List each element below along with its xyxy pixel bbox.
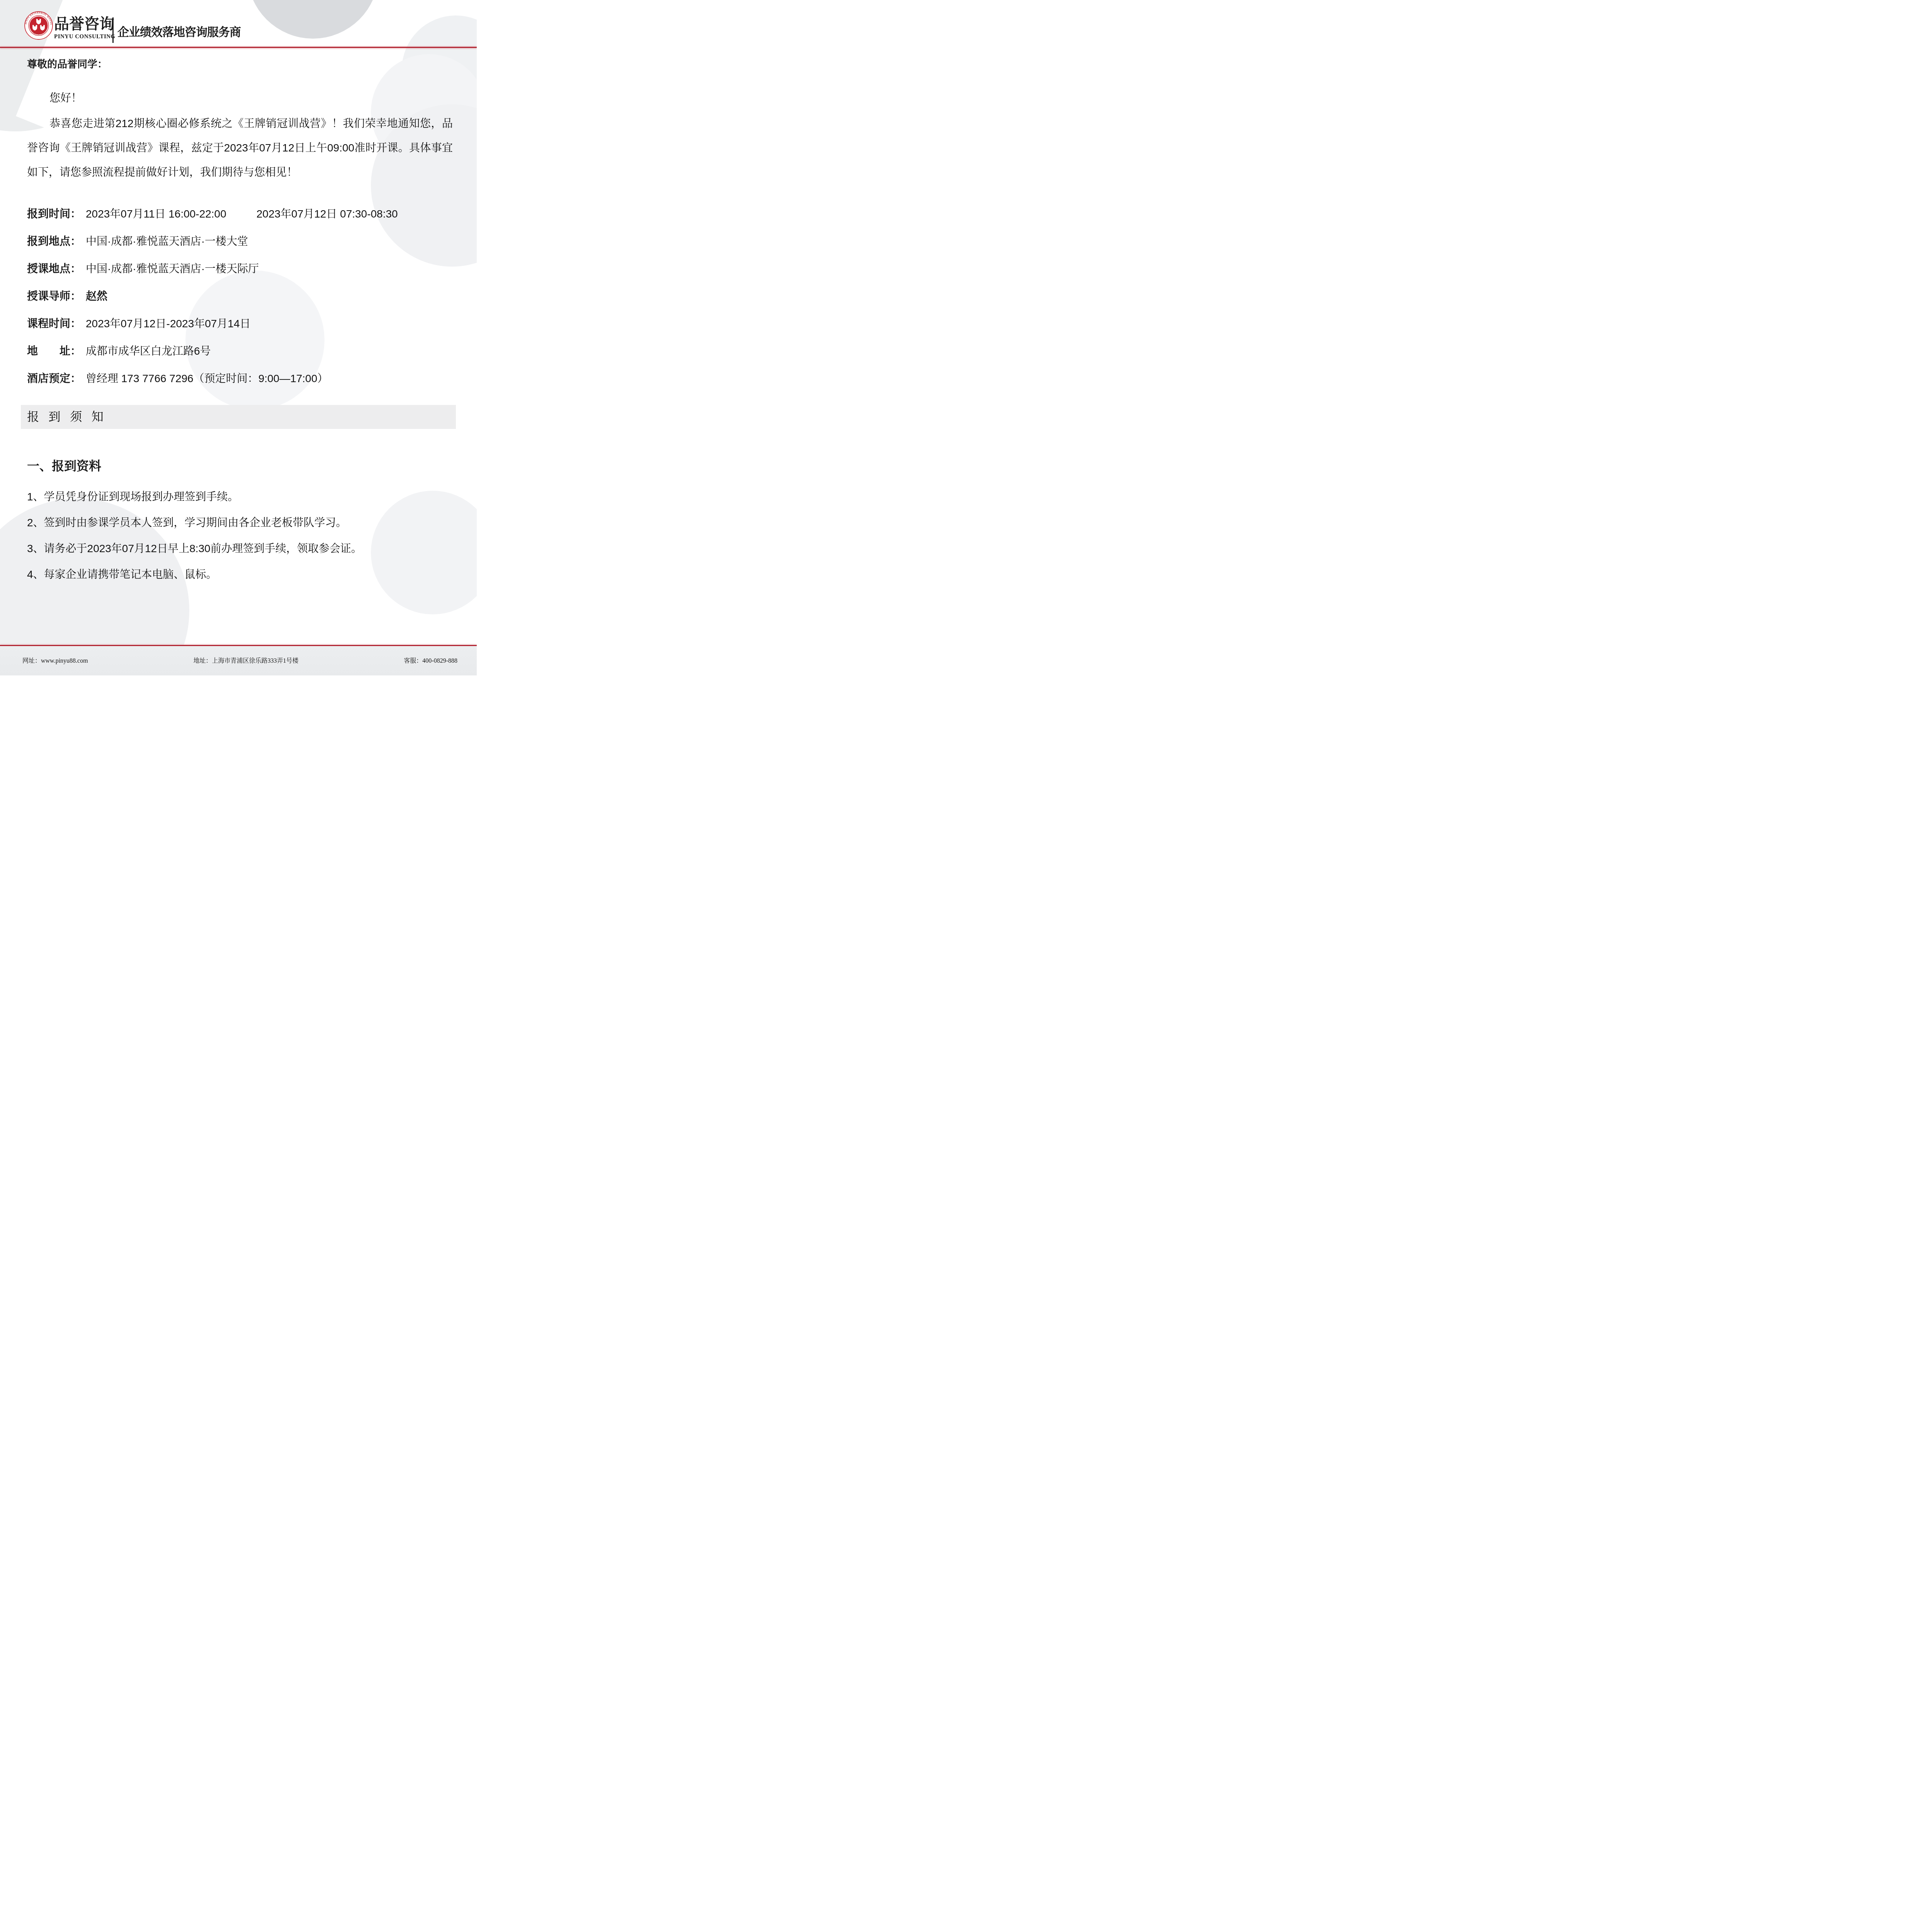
detail-label: 课程时间： [27, 318, 81, 330]
footer-website: 网址：www.pinyu88.com [22, 656, 88, 665]
detail-row-instructor: 授课导师：赵然 [27, 289, 456, 303]
brand-tagline: 企业绩效落地咨询服务商 [117, 22, 241, 39]
detail-row-class-place: 授课地点：中国·成都·雅悦蓝天酒店·一楼天际厅 [27, 262, 456, 276]
letterhead: PINYU ENTERPRISE MANAGEMENT 2014 品誉咨询 PI… [0, 0, 477, 48]
notice-item-4: 4、每家企业请携带笔记本电脑、鼠标。 [27, 567, 456, 582]
course-details: 报到时间：2023年07月11日 16:00-22:002023年07月12日 … [27, 207, 456, 399]
detail-value: 曾经理 173 7766 7296（预定时间：9:00—17:00） [86, 372, 328, 384]
notice-item-3: 3、请务必于2023年07月12日早上8:30前办理签到手续，领取参会证。 [27, 541, 456, 556]
pinyu-seal-logo: PINYU ENTERPRISE MANAGEMENT 2014 [24, 10, 53, 41]
notice-banner: 报 到 须 知 [21, 405, 456, 429]
greeting: 您好！ [27, 91, 82, 105]
intro-paragraph: 恭喜您走进第212期核心圈必修系统之《王牌销冠训战营》！我们荣幸地通知您，品誉咨… [27, 111, 453, 184]
footer-address: 地址：上海市青浦区徐乐路333弄1号楼 [193, 656, 298, 665]
detail-label: 地 址： [27, 345, 81, 357]
detail-row-address: 地 址：成都市成华区白龙江路6号 [27, 344, 456, 358]
notice-item-1: 1、学员凭身份证到现场报到办理签到手续。 [27, 489, 456, 505]
footer: 网址：www.pinyu88.com 地址：上海市青浦区徐乐路333弄1号楼 客… [0, 646, 477, 675]
detail-row-checkin-place: 报到地点：中国·成都·雅悦蓝天酒店·一楼大堂 [27, 235, 456, 248]
brand-name-cn: 品誉咨询 [54, 16, 116, 33]
page-content: PINYU ENTERPRISE MANAGEMENT 2014 品誉咨询 PI… [0, 0, 477, 675]
detail-value-2: 2023年07月12日 07:30-08:30 [257, 208, 398, 220]
footer-row: 网址：www.pinyu88.com 地址：上海市青浦区徐乐路333弄1号楼 客… [0, 646, 477, 665]
detail-row-course-time: 课程时间：2023年07月12日-2023年07月14日 [27, 317, 456, 331]
detail-value: 中国·成都·雅悦蓝天酒店·一楼大堂 [86, 235, 248, 247]
detail-label: 报到地点： [27, 235, 81, 247]
detail-value: 2023年07月11日 16:00-22:00 [86, 208, 226, 220]
detail-label: 报到时间： [27, 208, 81, 220]
detail-value: 2023年07月12日-2023年07月14日 [86, 318, 250, 330]
notice-list: 1、学员凭身份证到现场报到办理签到手续。 2、签到时由参课学员本人签到，学习期间… [27, 489, 456, 593]
notice-banner-title: 报 到 须 知 [21, 405, 456, 429]
detail-value: 成都市成华区白龙江路6号 [86, 345, 211, 357]
detail-label: 授课导师： [27, 290, 81, 302]
detail-row-hotel-booking: 酒店预定：曾经理 173 7766 7296（预定时间：9:00—17:00） [27, 372, 456, 386]
section-title-checkin-materials: 一、报到资料 [27, 458, 101, 474]
brand-block: 品誉咨询 PINYU CONSULTING [54, 16, 116, 40]
detail-label: 授课地点： [27, 263, 81, 275]
salutation: 尊敬的品誉同学： [27, 57, 107, 71]
brand-divider [112, 17, 114, 43]
detail-value: 赵然 [86, 290, 107, 302]
detail-label: 酒店预定： [27, 372, 81, 384]
notice-letter-page: PINYU ENTERPRISE MANAGEMENT 2014 品誉咨询 PI… [0, 0, 477, 675]
notice-item-2: 2、签到时由参课学员本人签到，学习期间由各企业老板带队学习。 [27, 515, 456, 531]
detail-value: 中国·成都·雅悦蓝天酒店·一楼天际厅 [86, 263, 259, 275]
detail-row-checkin-time: 报到时间：2023年07月11日 16:00-22:002023年07月12日 … [27, 207, 456, 221]
footer-service-phone: 客服：400-0829-888 [404, 656, 457, 665]
brand-name-en: PINYU CONSULTING [54, 34, 116, 40]
header-rule [0, 47, 477, 48]
